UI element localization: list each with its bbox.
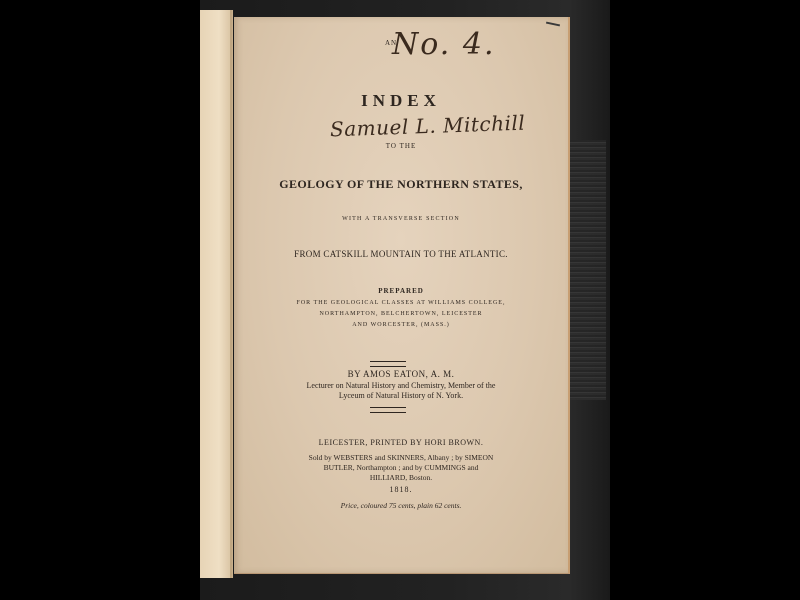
main-title: INDEX: [234, 91, 568, 111]
printer-line: LEICESTER, PRINTED BY HORI BROWN.: [234, 438, 568, 447]
cover-spine-texture: [570, 140, 606, 400]
author-line: BY AMOS EATON, A. M.: [234, 369, 568, 379]
author-description: Lecturer on Natural History and Chemistr…: [234, 381, 568, 391]
pencil-mark: [546, 22, 560, 27]
price-line: Price, coloured 75 cents, plain 62 cents…: [234, 501, 568, 510]
prepared-heading: PREPARED: [234, 287, 568, 295]
title-connector: TO THE: [234, 142, 568, 150]
title-article: AN: [224, 39, 558, 47]
prepared-line: FOR THE GEOLOGICAL CLASSES AT WILLIAMS C…: [234, 300, 568, 306]
title-page: AN No. 4. INDEX Samuel L. Mitchill TO TH…: [234, 17, 570, 574]
section-description: FROM CATSKILL MOUNTAIN TO THE ATLANTIC.: [234, 249, 568, 259]
seller-line: HILLIARD, Boston.: [234, 473, 568, 483]
handwritten-signature: Samuel L. Mitchill: [330, 111, 526, 142]
publication-year: 1818.: [234, 485, 568, 494]
subtitle: GEOLOGY OF THE NORTHERN STATES,: [234, 177, 568, 192]
left-page-edge: [200, 10, 233, 578]
seller-line: Sold by WEBSTERS and SKINNERS, Albany ; …: [234, 453, 568, 463]
divider-rule: [370, 407, 406, 413]
prepared-line: NORTHAMPTON, BELCHERTOWN, LEICESTER: [234, 311, 568, 317]
handwritten-number: No. 4.: [392, 27, 495, 62]
subtitle-connector: WITH A TRANSVERSE SECTION: [234, 216, 568, 222]
divider-rule: [370, 361, 406, 367]
prepared-line: AND WORCESTER, (MASS.): [234, 322, 568, 328]
author-description: Lyceum of Natural History of N. York.: [234, 391, 568, 401]
seller-line: BUTLER, Northampton ; and by CUMMINGS an…: [234, 463, 568, 473]
